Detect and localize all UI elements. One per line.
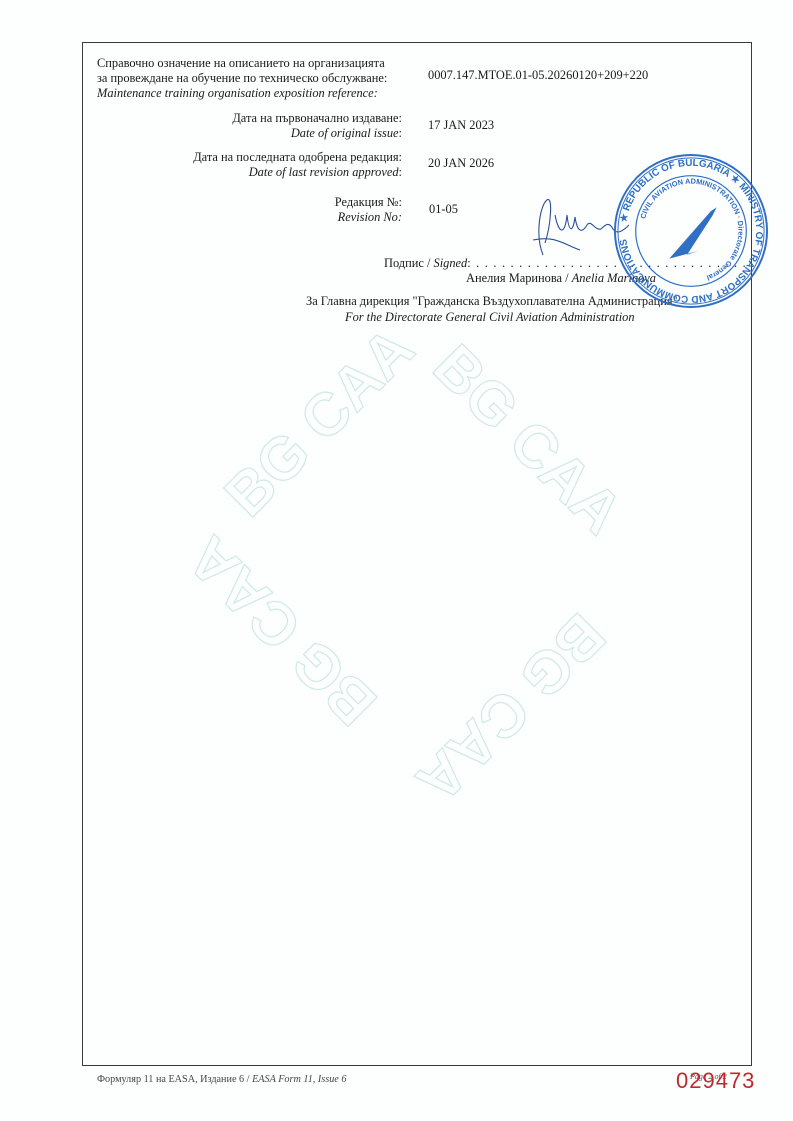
reference-label-bg-1: Справочно означение на описанието на орг…	[97, 56, 417, 71]
last-revision-label: Дата на последната одобрена редакция: Da…	[100, 150, 402, 180]
reference-value: 0007.147.MTOE.01-05.20260120+209+220	[428, 68, 648, 83]
stamp-inner-text: CIVIL AVIATION ADMINISTRATION · Director…	[638, 176, 745, 282]
last-revision-label-bg: Дата на последната одобрена редакция:	[100, 150, 402, 165]
revision-no-label-bg: Редакция №:	[100, 195, 402, 210]
footer-text-en: EASA Form 11, Issue 6	[252, 1074, 346, 1085]
revision-no-label: Редакция №: Revision No:	[100, 195, 402, 225]
aircraft-icon	[669, 207, 716, 258]
original-issue-label-en: Date of original issue	[291, 126, 399, 140]
revision-no-value: 01-05	[429, 202, 458, 217]
original-issue-value: 17 JAN 2023	[428, 118, 494, 133]
footer-text-bg: Формуляр 11 на EASA, Издание 6 /	[97, 1074, 252, 1085]
authority-en: For the Directorate General Civil Aviati…	[345, 310, 635, 325]
reference-label-en: Maintenance training organisation exposi…	[97, 86, 417, 101]
form-footer: Формуляр 11 на EASA, Издание 6 / EASA Fo…	[97, 1074, 346, 1085]
original-issue-label: Дата на първоначално издаване: Date of o…	[100, 111, 402, 141]
signature-label-en: Signed	[434, 256, 468, 270]
reference-label-bg-2: за провеждане на обучение по техническо …	[97, 71, 417, 86]
last-revision-value: 20 JAN 2026	[428, 156, 494, 171]
original-issue-label-bg: Дата на първоначално издаване:	[100, 111, 402, 126]
official-stamp-icon: ★ REPUBLIC OF BULGARIA ★ MINISTRY OF TRA…	[612, 152, 770, 310]
serial-number: 029473	[676, 1068, 755, 1094]
signature-label-bg: Подпис /	[384, 256, 434, 270]
signatory-name-bg: Анелия Маринова /	[466, 271, 572, 285]
revision-no-label-en: Revision No:	[100, 210, 402, 225]
reference-label: Справочно означение на описанието на орг…	[97, 56, 417, 101]
last-revision-label-en: Date of last revision approved	[249, 165, 399, 179]
